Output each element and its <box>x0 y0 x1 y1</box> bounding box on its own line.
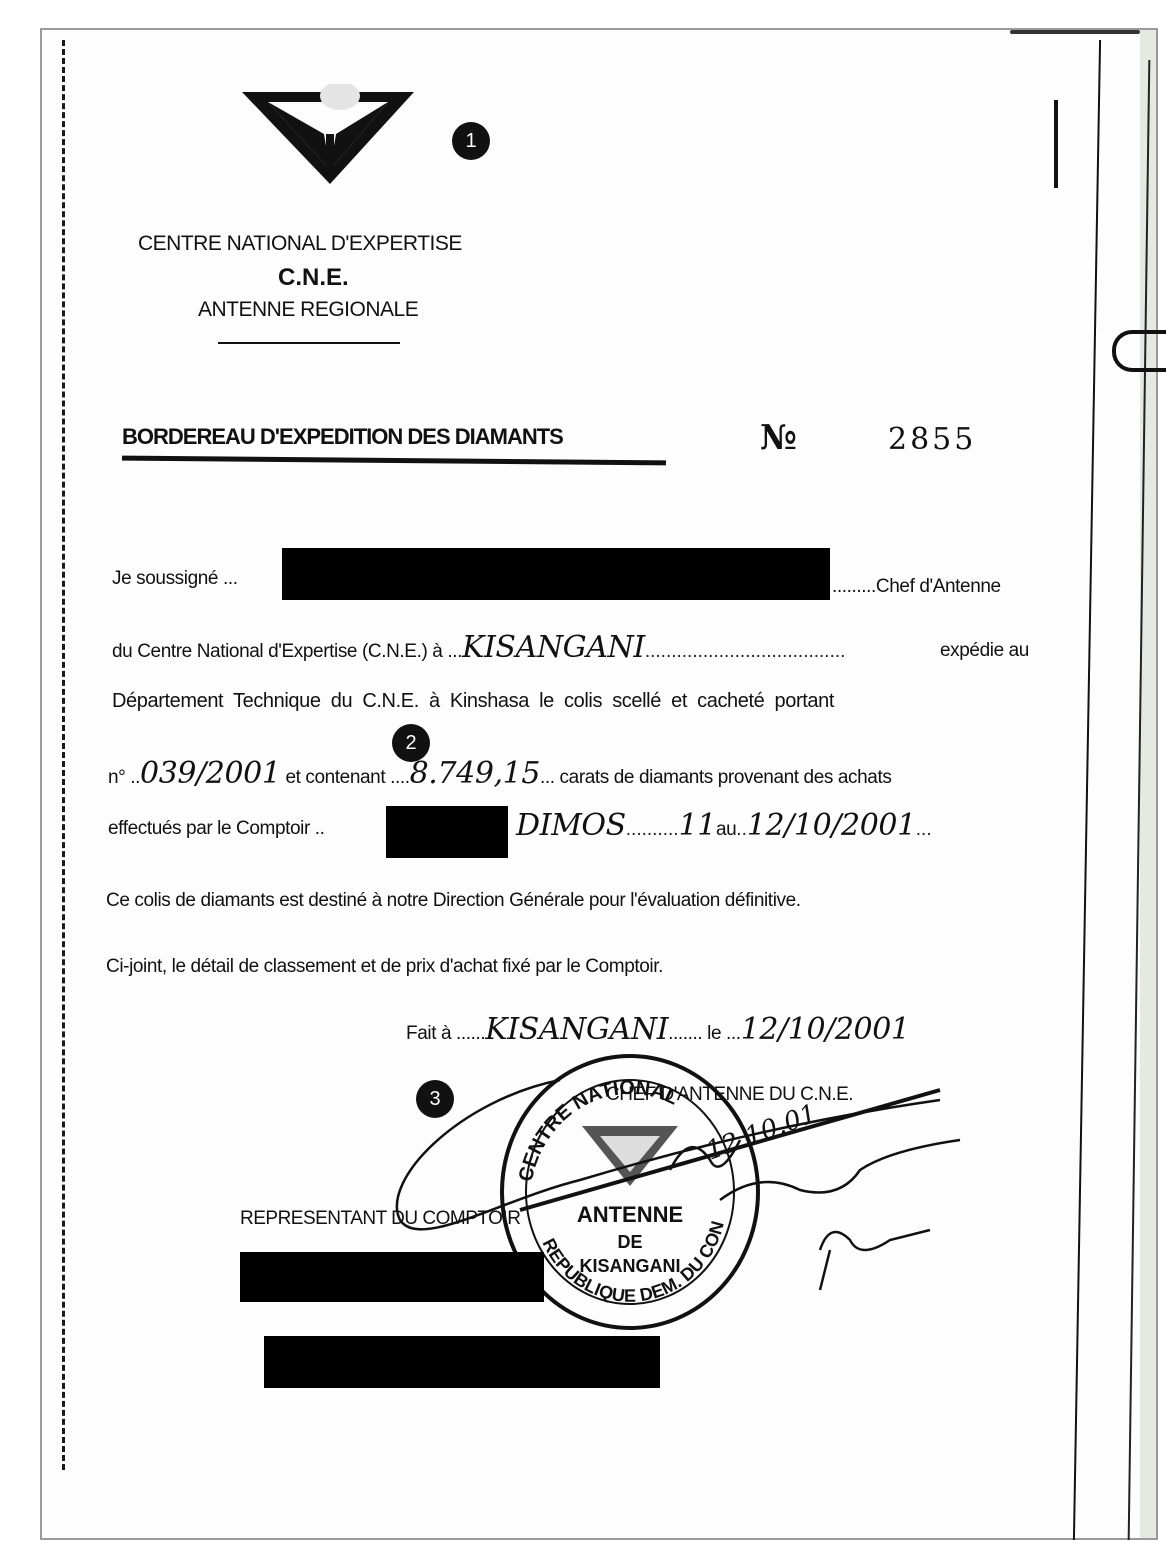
document-number: 2855 <box>888 422 976 457</box>
header-divider <box>218 342 400 344</box>
line4-mid: et contenant .... <box>285 767 409 788</box>
body-line-4: n° ..039/2001 et contenant ....8.749,15.… <box>108 756 891 791</box>
annotation-marker-1: 1 <box>452 122 490 160</box>
line4-suffix: ... carats de diamants provenant des ach… <box>540 767 891 788</box>
handwritten-comptoir: DIMOS <box>516 808 626 843</box>
number-sign: № <box>760 418 797 458</box>
body-line-3: Département Technique du C.N.E. à Kinsha… <box>112 690 834 713</box>
paper-clip-icon <box>1112 330 1166 372</box>
line2-suffix: expédie au <box>940 640 1029 662</box>
body-line-6: Ce colis de diamants est destiné à notre… <box>106 890 801 912</box>
body-line-1: Je soussigné ... <box>112 568 238 590</box>
line5-prefix: effectués par le Comptoir .. <box>108 818 325 839</box>
line4-prefix: n° .. <box>108 767 140 788</box>
line2-dots: ...................................... <box>645 641 846 662</box>
handwritten-from-day: 11 <box>679 808 716 843</box>
line5-au: au <box>716 819 736 840</box>
page-fold-edge <box>1010 30 1140 34</box>
scan-mark <box>1054 100 1058 188</box>
line5-rest: DIMOS..........11au..12/10/2001... <box>516 808 932 843</box>
org-abbrev: C.N.E. <box>278 264 349 292</box>
redacted-name <box>282 548 830 600</box>
body-line-7: Ci-joint, le détail de classement et de … <box>106 956 663 978</box>
redacted-comptoir <box>386 806 508 858</box>
line1-prefix: Je soussigné ... <box>112 568 238 589</box>
redacted-rep-name <box>240 1252 544 1302</box>
document-title: BORDEREAU D'EXPEDITION DES DIAMANTS <box>122 424 563 450</box>
line2-prefix: du Centre National d'Expertise (C.N.E.) … <box>112 641 462 662</box>
body-line-5: effectués par le Comptoir .. <box>108 818 325 840</box>
line1-suffix: .........Chef d'Antenne <box>832 576 1001 598</box>
perforation-margin <box>62 40 65 1470</box>
handwritten-carats: 8.749,15 <box>410 756 540 791</box>
handwritten-parcel-number: 039/2001 <box>140 756 281 791</box>
chef-handwritten-date: 12.10.01 <box>702 1099 821 1167</box>
page-edge-strip <box>1140 30 1156 1538</box>
redacted-rep-signature <box>264 1336 660 1388</box>
body-line-2: du Centre National d'Expertise (C.N.E.) … <box>112 630 845 665</box>
cne-triangle-logo-icon <box>238 84 418 188</box>
org-name: CENTRE NATIONAL D'EXPERTISE <box>138 232 462 256</box>
handwritten-to-date: 12/10/2001 <box>747 808 916 843</box>
handwritten-city: KISANGANI <box>462 630 645 665</box>
org-branch: ANTENNE REGIONALE <box>198 298 418 322</box>
